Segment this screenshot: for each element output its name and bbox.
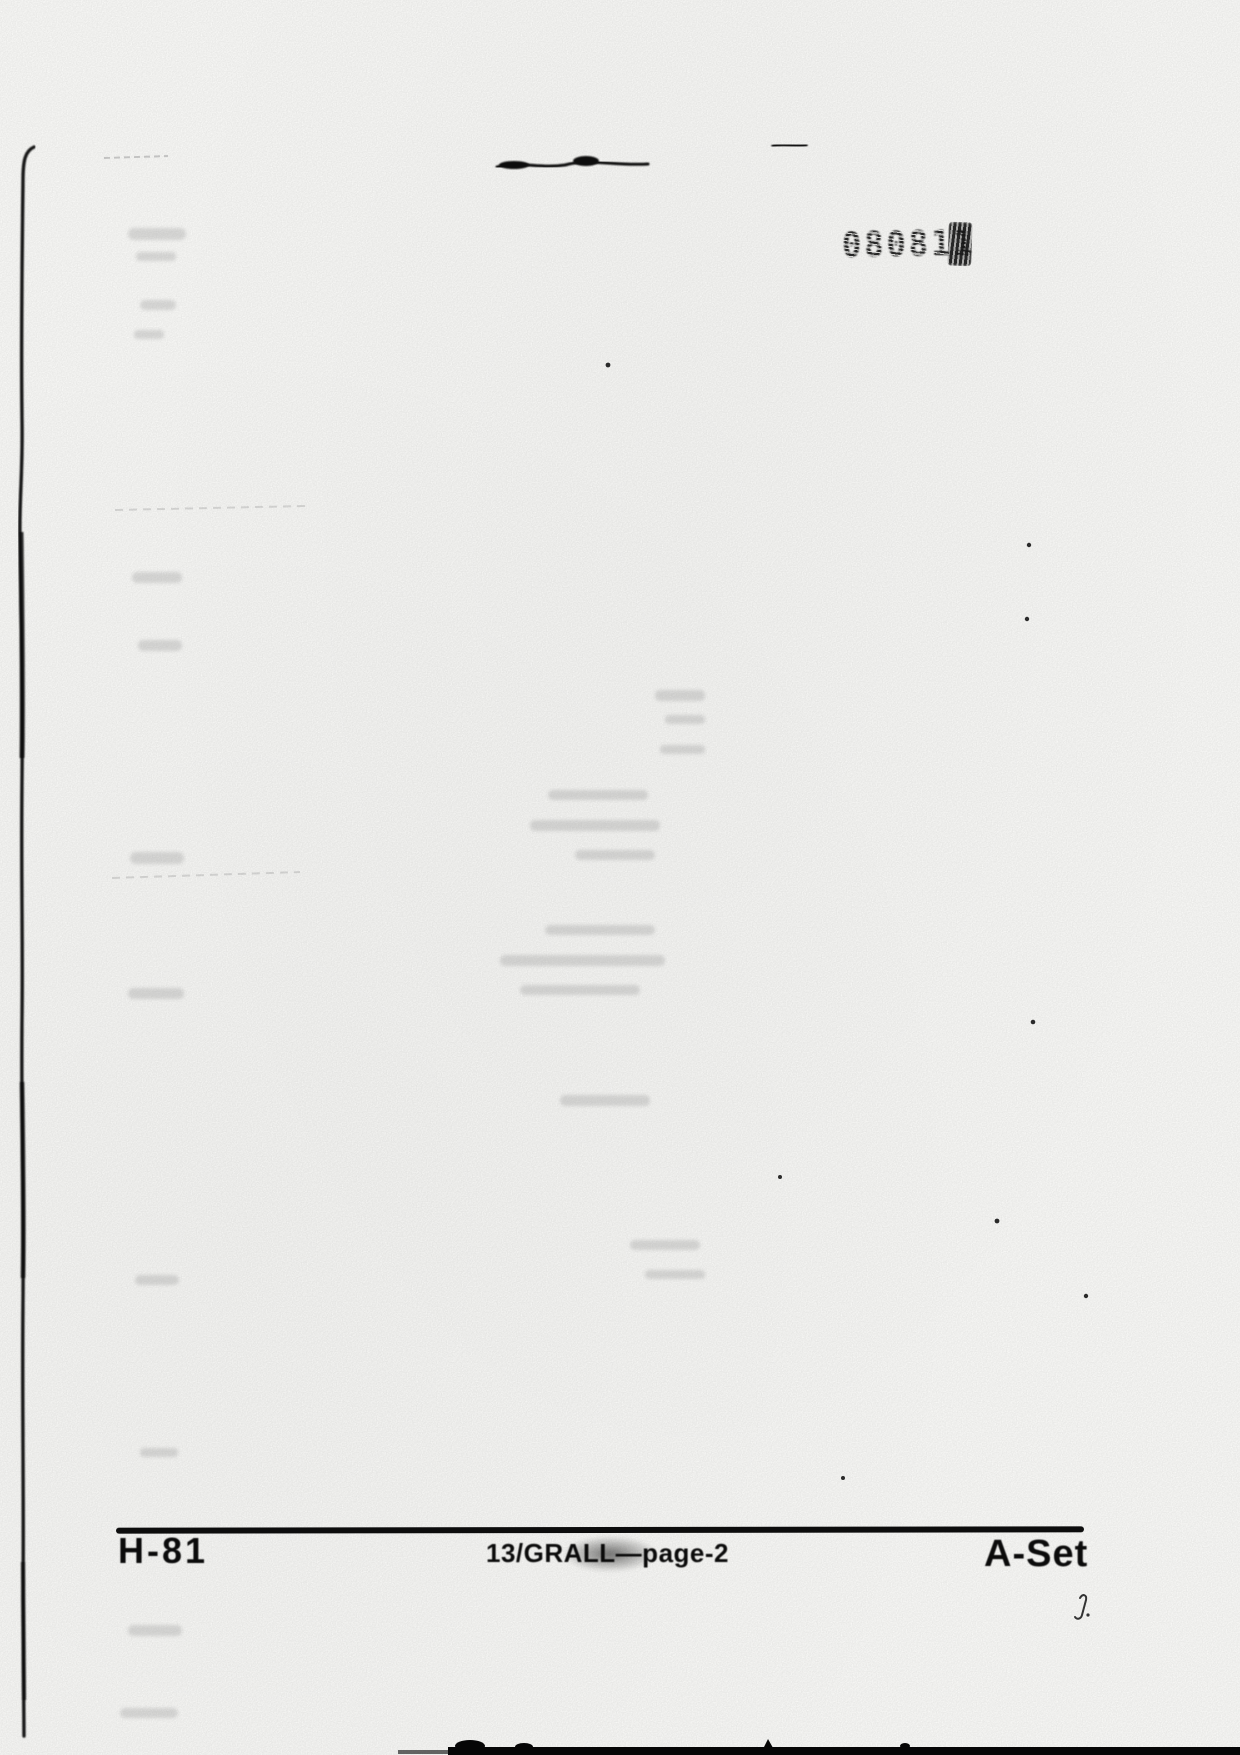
faint-dash-lines <box>112 506 305 878</box>
paper-noise <box>0 0 1240 1755</box>
bottom-scanner-bar <box>398 1739 1240 1755</box>
ink-dots <box>606 363 1089 1480</box>
footer-page-label: 13/GRALL—page-2 <box>486 1540 729 1566</box>
footer-set-label: A-Set <box>984 1535 1088 1573</box>
stamp-ink-blob <box>947 222 973 267</box>
scan-artifact-layer <box>0 0 1240 1755</box>
scanned-document-page: 080811 H-81 13/GRALL—page-2 A-Set <box>0 0 1240 1755</box>
left-scan-border <box>20 147 34 1736</box>
footer-divider-rule <box>116 1526 1084 1533</box>
faint-smudges <box>120 228 705 1718</box>
squiggle-mark <box>1075 1595 1090 1619</box>
top-edge-marks <box>104 145 806 169</box>
footer-doc-code: H-81 <box>118 1533 208 1569</box>
